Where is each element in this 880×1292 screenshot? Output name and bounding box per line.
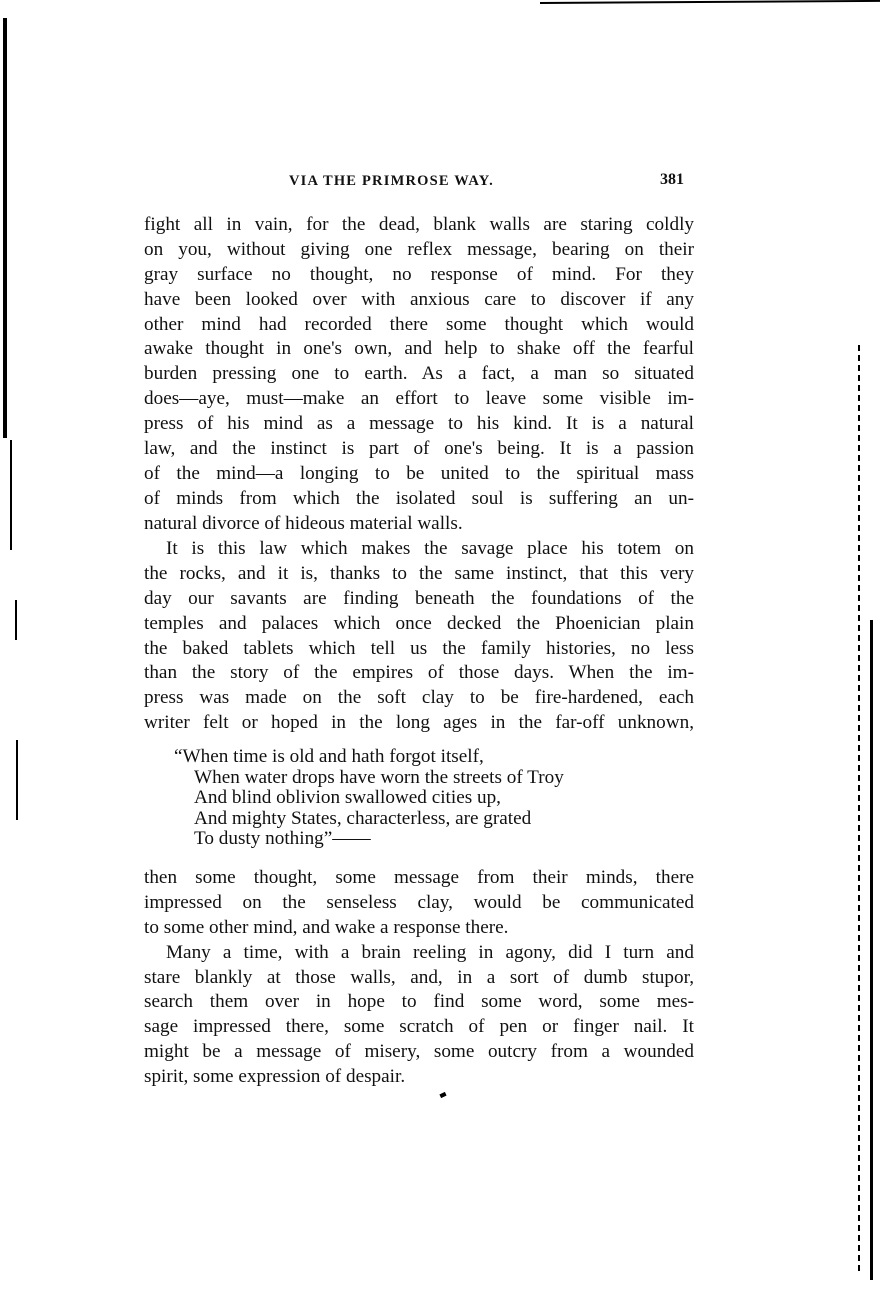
paragraph-1: fight all in vain, for the dead, blank w… (144, 213, 694, 537)
poem-line: And mighty States, characterless, are gr… (174, 809, 564, 830)
text-line: gray surface no thought, no response of … (144, 263, 694, 288)
text-line: might be a message of misery, some outcr… (144, 1040, 694, 1065)
text-line: press of his mind as a message to his ki… (144, 412, 694, 437)
poem-quotation: “When time is old and hath forgot itself… (174, 747, 564, 850)
text-line: of the mind—a longing to be united to th… (144, 462, 694, 487)
scan-left-edge (3, 18, 7, 438)
text-line: than the story of the empires of those d… (144, 661, 694, 686)
poem-line: “When time is old and hath forgot itself… (174, 747, 564, 768)
scan-left-edge (10, 440, 12, 550)
text-line: temples and palaces which once decked th… (144, 612, 694, 637)
text-line: press was made on the soft clay to be fi… (144, 686, 694, 711)
text-line: writer felt or hoped in the long ages in… (144, 711, 694, 736)
text-line: the baked tablets which tell us the fami… (144, 637, 694, 662)
ink-mark (439, 1092, 446, 1098)
text-line: natural divorce of hideous material wall… (144, 512, 694, 537)
scan-right-edge (858, 345, 860, 1275)
text-line: then some thought, some message from the… (144, 866, 694, 891)
page-number: 381 (660, 171, 684, 189)
text-line: law, and the instinct is part of one's b… (144, 437, 694, 462)
running-header-title: VIA THE PRIMROSE WAY. (289, 173, 494, 190)
scan-right-edge (870, 620, 873, 1280)
text-line: day our savants are finding beneath the … (144, 587, 694, 612)
text-line: of minds from which the isolated soul is… (144, 487, 694, 512)
scan-top-edge (540, 0, 880, 4)
text-line: impressed on the senseless clay, would b… (144, 891, 694, 916)
text-line: the rocks, and it is, thanks to the same… (144, 562, 694, 587)
poem-line: And blind oblivion swallowed cities up, (174, 788, 564, 809)
paragraph-3: then some thought, some message from the… (144, 866, 694, 1090)
scan-left-edge (15, 600, 17, 640)
text-line: sage impressed there, some scratch of pe… (144, 1015, 694, 1040)
text-line: spirit, some expression of despair. (144, 1065, 694, 1090)
scan-left-edge (16, 740, 18, 820)
text-line: have been looked over with anxious care … (144, 288, 694, 313)
text-line: burden pressing one to earth. As a fact,… (144, 362, 694, 387)
text-line: does—aye, must—make an effort to leave s… (144, 387, 694, 412)
text-line: awake thought in one's own, and help to … (144, 337, 694, 362)
text-line: Many a time, with a brain reeling in ago… (144, 941, 694, 966)
text-line: on you, without giving one reflex messag… (144, 238, 694, 263)
text-line: stare blankly at those walls, and, in a … (144, 966, 694, 991)
poem-line: When water drops have worn the streets o… (174, 768, 564, 789)
text-line: fight all in vain, for the dead, blank w… (144, 213, 694, 238)
poem-line: To dusty nothing”—— (174, 829, 564, 850)
text-line: search them over in hope to find some wo… (144, 990, 694, 1015)
text-line: other mind had recorded there some thoug… (144, 313, 694, 338)
text-line: It is this law which makes the savage pl… (144, 537, 694, 562)
text-line: to some other mind, and wake a response … (144, 916, 694, 941)
paragraph-2: It is this law which makes the savage pl… (144, 537, 694, 736)
